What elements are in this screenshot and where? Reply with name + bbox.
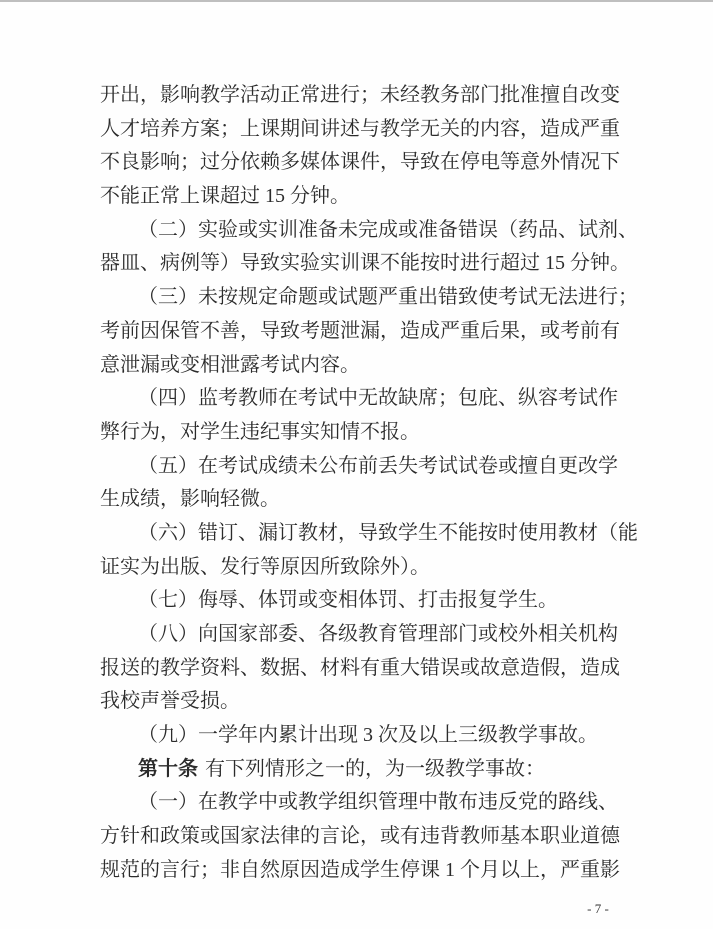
document-line: （六）错订、漏订教材，导致学生不能按时使用教材（能: [100, 517, 620, 551]
document-line: 器皿、病例等）导致实验实训课不能按时进行超过 15 分钟。: [100, 247, 620, 281]
document-line: （二）实验或实训准备未完成或准备错误（药品、试剂、: [100, 214, 620, 248]
document-page: 开出，影响教学活动正常进行；未经教务部门批准擅自改变人才培养方案；上课期间讲述与…: [0, 0, 713, 929]
document-line: 规范的言行；非自然原因造成学生停课 1 个月以上，严重影: [100, 854, 620, 888]
document-line: 弊行为，对学生违纪事实知情不报。: [100, 416, 620, 450]
document-line: 人才培养方案；上课期间讲述与教学无关的内容，造成严重: [100, 113, 620, 147]
document-line: 报送的教学资料、数据、材料有重大错误或故意造假，造成: [100, 652, 620, 686]
document-line: （九）一学年内累计出现 3 次及以上三级教学事故。: [100, 719, 620, 753]
document-line: 不能正常上课超过 15 分钟。: [100, 180, 620, 214]
article-number-label: 第十条: [138, 758, 198, 780]
document-line: （三）未按规定命题或试题严重出错致使考试无法进行；: [100, 281, 620, 315]
document-line: （五）在考试成绩未公布前丢失考试试卷或擅自更改学: [100, 450, 620, 484]
document-line: （八）向国家部委、各级教育管理部门或校外相关机构: [100, 618, 620, 652]
document-body: 开出，影响教学活动正常进行；未经教务部门批准擅自改变人才培养方案；上课期间讲述与…: [100, 79, 620, 888]
document-line: （四）监考教师在考试中无故缺席；包庇、纵容考试作: [100, 382, 620, 416]
document-line: 开出，影响教学活动正常进行；未经教务部门批准擅自改变: [100, 79, 620, 113]
article-text: 有下列情形之一的，为一级教学事故：: [205, 758, 545, 780]
document-line: 不良影响；过分依赖多媒体课件，导致在停电等意外情况下: [100, 146, 620, 180]
document-line: 生成绩，影响轻微。: [100, 483, 620, 517]
document-line: 证实为出版、发行等原因所致除外）。: [100, 551, 620, 585]
document-line: （一）在教学中或教学组织管理中散布违反党的路线、: [100, 786, 620, 820]
document-line: 考前因保管不善，导致考题泄漏，造成严重后果，或考前有: [100, 315, 620, 349]
document-line: 方针和政策或国家法律的言论，或有违背教师基本职业道德: [100, 820, 620, 854]
document-line: 我校声誉受损。: [100, 685, 620, 719]
document-line: 第十条有下列情形之一的，为一级教学事故：: [100, 753, 620, 787]
page-top-edge: [0, 0, 713, 2]
page-number: - 7 -: [572, 901, 624, 917]
document-viewer: { "page": { "number_label": "- 7 -" }, "…: [0, 0, 713, 929]
document-line: （七）侮辱、体罚或变相体罚、打击报复学生。: [100, 584, 620, 618]
document-line: 意泄漏或变相泄露考试内容。: [100, 349, 620, 383]
